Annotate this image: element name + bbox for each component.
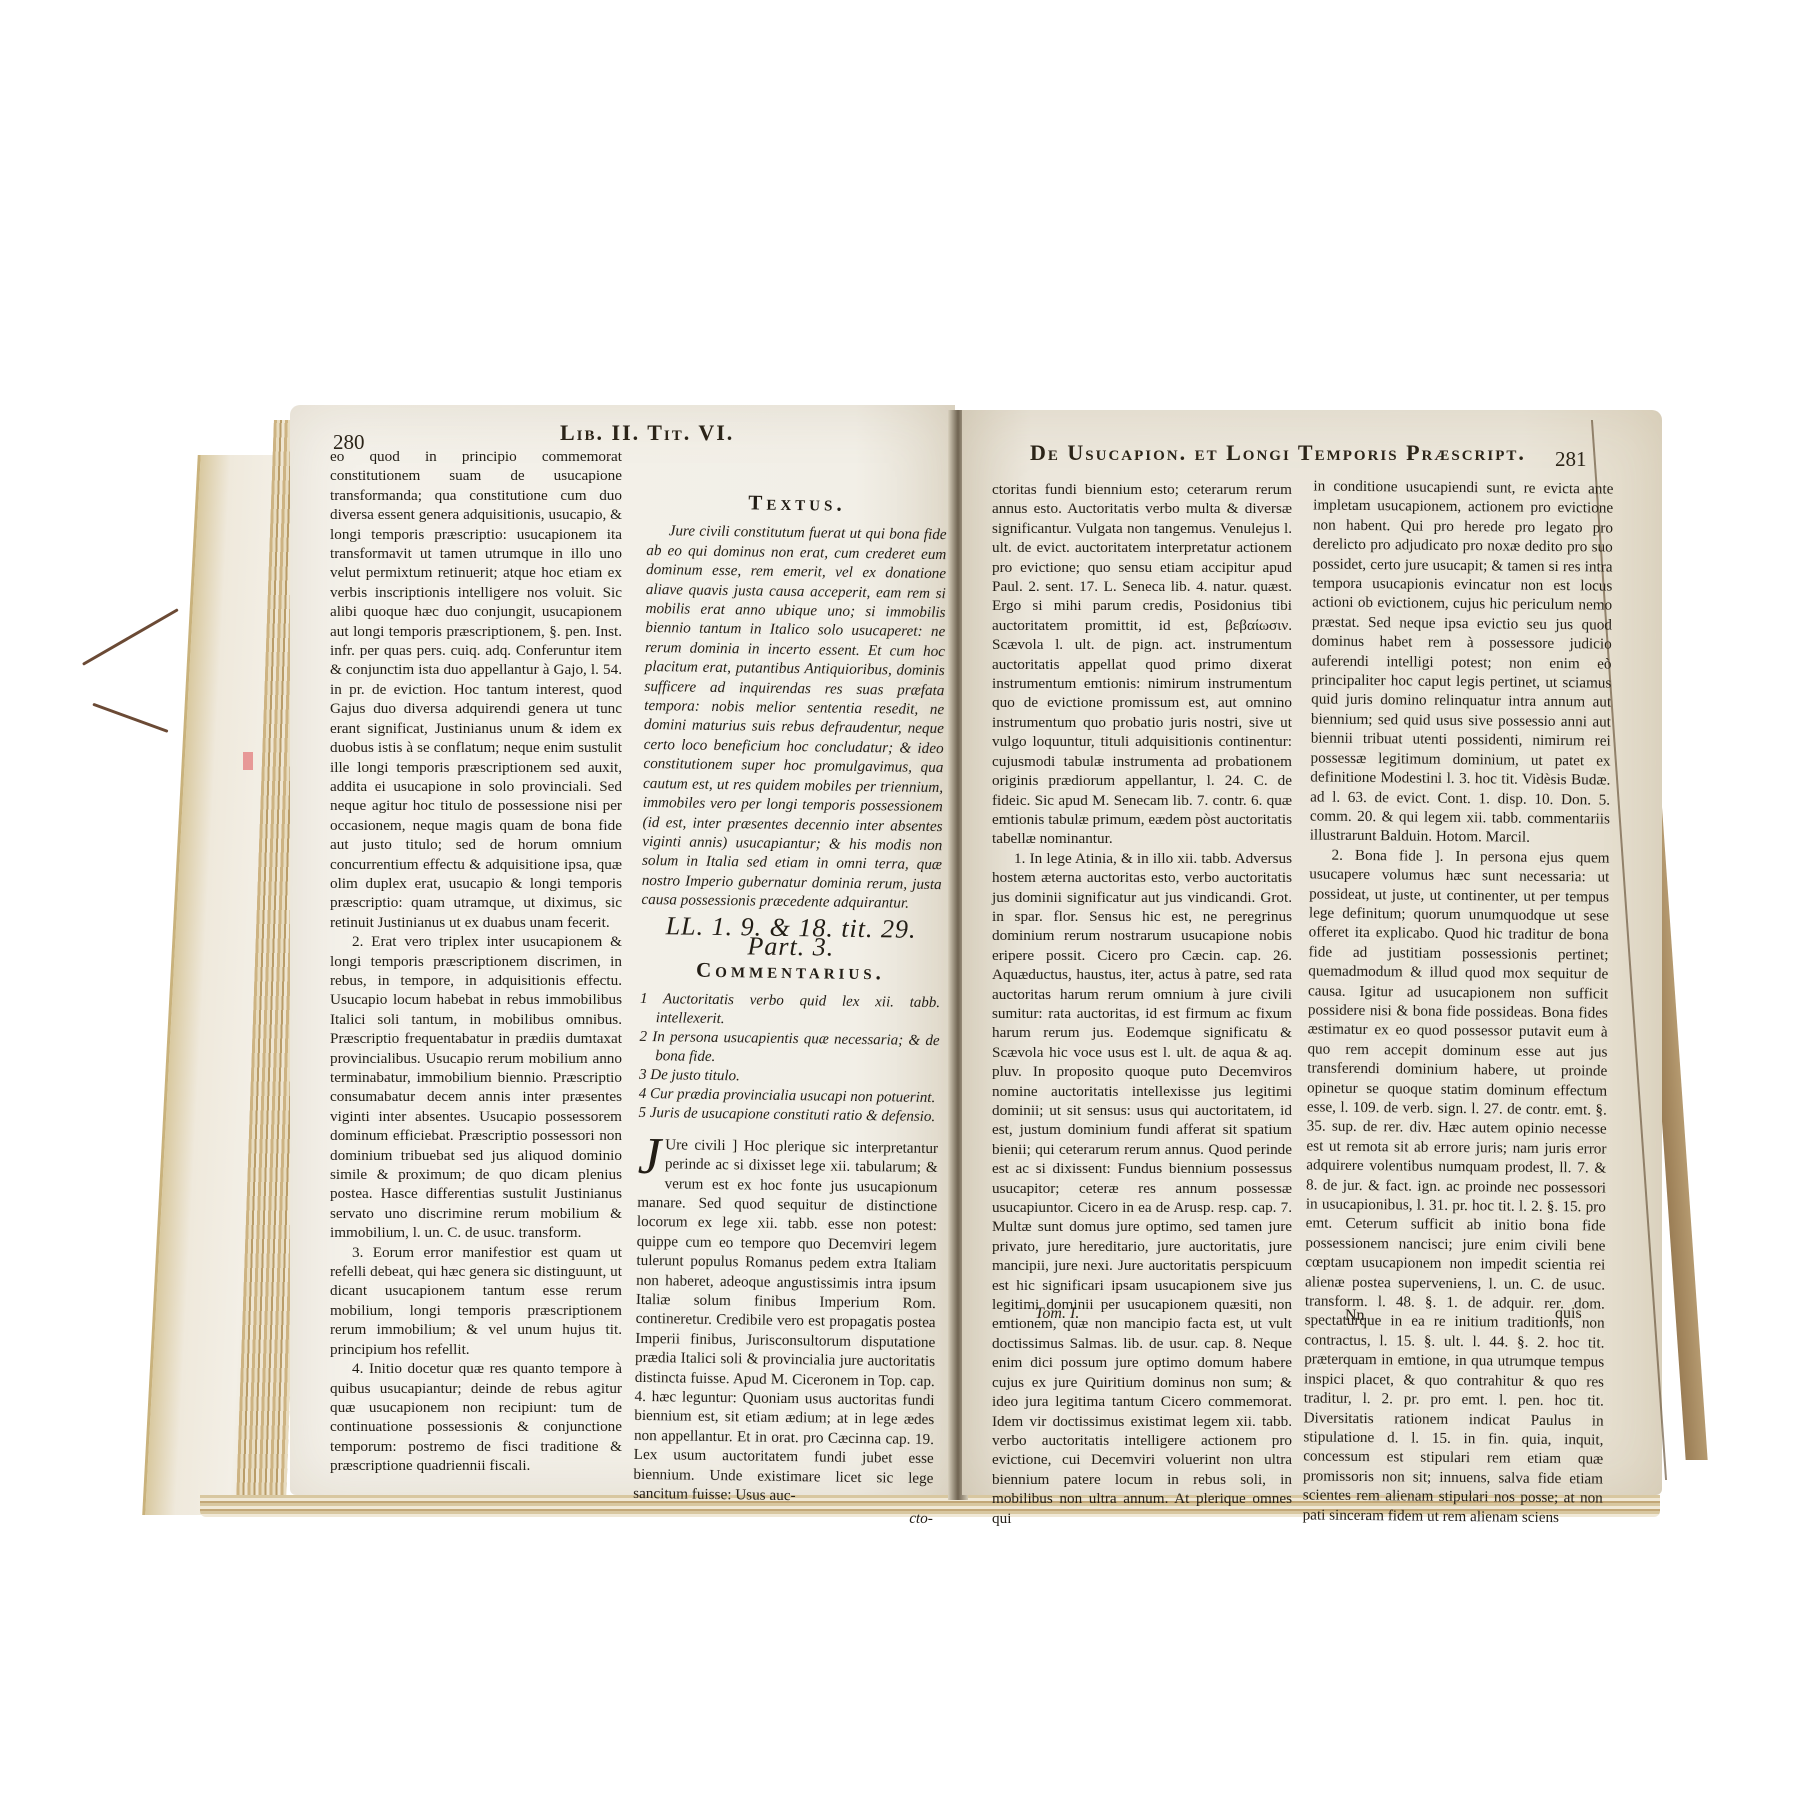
paragraph: 1. In lege Atinia, & in illo xii. tabb. … (992, 849, 1292, 1528)
running-head-left: Lib. II. Tit. VI. (560, 420, 734, 446)
summary-item: 2 In persona usucapientis quæ necessaria… (639, 1028, 940, 1070)
summary-list: 1 Auctoritatis verbo quid lex xii. tabb.… (638, 990, 940, 1127)
running-head-right: De Usucapion. et Longi Temporis Præscrip… (1030, 440, 1526, 466)
law-reference: LL. 1. 9. & 18. tit. 29. Part. 3. (641, 915, 942, 958)
paragraph: in conditione usucapiendi sunt, re evict… (1310, 476, 1614, 848)
page-number-right: 281 (1555, 447, 1587, 472)
summary-item: 5 Juris de usucapione constituti ratio &… (638, 1104, 938, 1127)
catchword-right: quis (1555, 1305, 1582, 1323)
right-page-column-a: ctoritas fundi biennium esto; ceterarum … (992, 480, 1292, 1528)
binding-string (82, 608, 179, 666)
textus-paragraph: Jure civili constitutum fuerat ut qui bo… (641, 521, 946, 913)
section-title-commentarius: Commentarius. (640, 960, 940, 984)
left-page-column-a: eo quod in principio commemorat constitu… (330, 447, 622, 1476)
paragraph: 3. Eorum error manifestior est quam ut r… (330, 1243, 622, 1359)
binding-string (92, 703, 168, 733)
summary-item: 1 Auctoritatis verbo quid lex xii. tabb.… (640, 990, 941, 1032)
right-page-column-b: in conditione usucapiendi sunt, re evict… (1303, 476, 1614, 1527)
commentary-paragraph: J Ure civili ] Hoc plerique sic interpre… (633, 1135, 938, 1508)
paragraph: 4. Initio docetur quæ res quanto tempore… (330, 1359, 622, 1475)
paragraph: eo quod in principio commemorat constitu… (330, 447, 622, 932)
signature-mark: Nn (1345, 1307, 1365, 1325)
volume-mark: Tom. I. (1035, 1305, 1079, 1323)
open-book: 280 Lib. II. Tit. VI. eo quod in princip… (0, 0, 1800, 1800)
red-marker-tab (243, 752, 253, 770)
catchword-left: cto- (633, 1505, 933, 1529)
section-title-textus: Textus. (647, 492, 947, 516)
left-page-column-b: Textus. Jure civili constitutum fuerat u… (633, 486, 947, 1529)
drop-cap: J (638, 1137, 662, 1177)
commentary-text: Ure civili ] Hoc plerique sic interpreta… (633, 1136, 938, 1504)
paragraph: ctoritas fundi biennium esto; ceterarum … (992, 480, 1292, 849)
paragraph: 2. Erat vero triplex inter usucapionem &… (330, 932, 622, 1243)
paragraph: 2. Bona fide ]. In persona ejus quem usu… (1303, 845, 1610, 1527)
